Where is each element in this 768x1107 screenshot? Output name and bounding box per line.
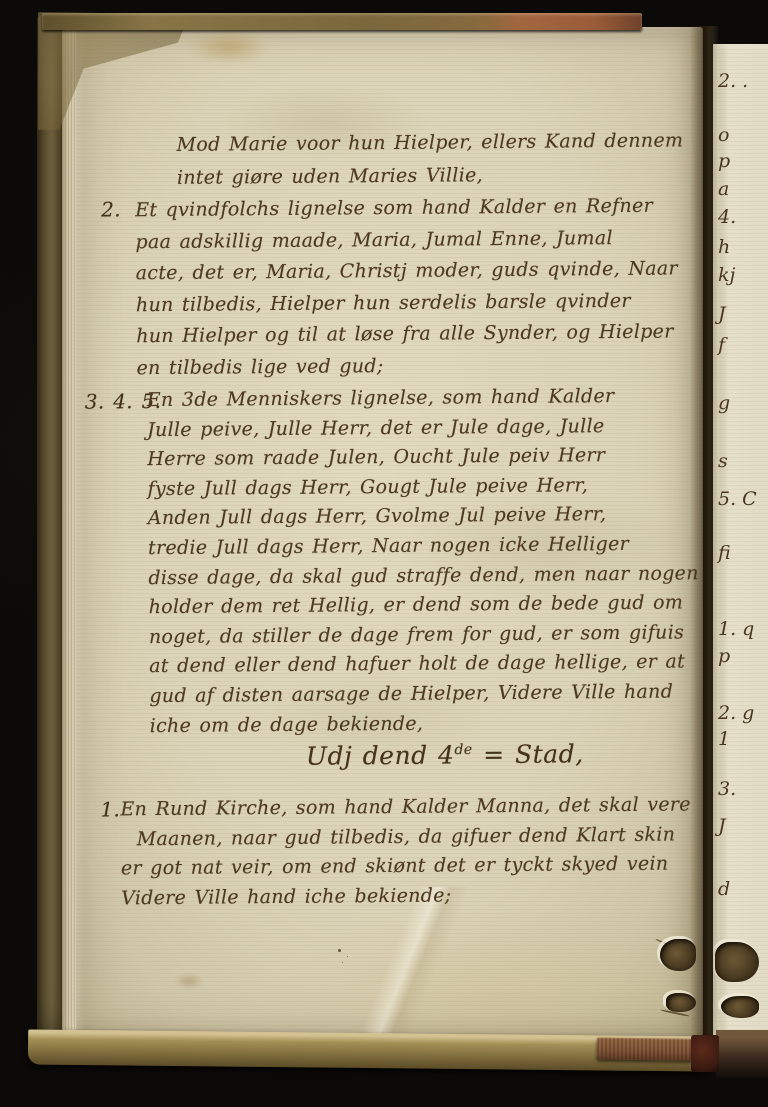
text-line: Julle peive, Julle Herr, det er Jule dag… <box>147 411 698 445</box>
text-line: Anden Jull dags Herr, Gvolme Jul peive H… <box>148 500 699 534</box>
text-fragment: 1. q <box>718 618 754 640</box>
chapter-heading: Udj dend 4de = Stad, <box>306 739 584 770</box>
text-fragment: J <box>718 303 726 325</box>
text-line: at dend eller dend hafuer holt de dage h… <box>149 648 700 682</box>
binding-hole <box>721 996 759 1018</box>
text-line: fyste Jull dags Herr, Gougt Jule peive H… <box>147 470 698 504</box>
text-fragment: o <box>718 124 729 146</box>
text-line: hun tilbedis, Hielper hun serdelis barsl… <box>136 285 678 321</box>
book-gutter <box>690 26 718 1040</box>
text-fragment: 4. <box>718 206 736 228</box>
section-3-4-5-paragraph: En 3de Menniskers lignelse, som hand Kal… <box>147 381 700 741</box>
book-cover-left-edge <box>37 16 64 1064</box>
text-fragment: kj <box>718 264 735 286</box>
heading-superscript: de <box>454 742 472 758</box>
heading-text: Udj dend 4 <box>306 740 455 770</box>
section-marker-1: 1. <box>100 797 120 821</box>
text-line: Mod Marie voor hun Hielper, ellers Kand … <box>176 124 683 161</box>
section-2-paragraph: Et qvindfolchs lignelse som hand Kalder … <box>135 190 679 384</box>
text-fragment: 2. . <box>718 70 748 92</box>
page-edge-stack <box>62 26 77 1038</box>
text-line: intet giøre uden Maries Villie, <box>177 157 684 194</box>
text-line: iche om de dage bekiende, <box>150 707 701 741</box>
text-line: tredie Jull dags Herr, Naar nogen icke H… <box>148 529 699 563</box>
text-fragment: a <box>718 178 729 200</box>
intro-paragraph: Mod Marie voor hun Hielper, ellers Kand … <box>176 124 683 194</box>
binding-hole <box>715 942 759 982</box>
text-fragment: 1 <box>718 728 730 750</box>
binding-ribbon <box>597 1037 693 1060</box>
text-fragment: p <box>718 150 730 172</box>
text-fragment: 3. <box>718 778 736 800</box>
text-line: noget, da stiller de dage frem for gud, … <box>149 618 700 652</box>
text-line: gud af disten aarsage de Hielper, Videre… <box>149 677 700 711</box>
text-line: Herre som raade Julen, Oucht Jule peiv H… <box>147 440 698 474</box>
text-line: Et qvindfolchs lignelse som hand Kalder … <box>135 190 677 226</box>
text-fragment: 2. g <box>718 702 754 724</box>
text-fragment: fi <box>718 542 731 564</box>
text-line: En Rund Kirche, som hand Kalder Manna, d… <box>120 790 691 824</box>
text-fragment: 5. C <box>718 488 757 510</box>
text-line: holder dem ret Hellig, er dend som de be… <box>149 588 700 622</box>
text-fragment: g <box>718 392 730 414</box>
manuscript-left-page: Mod Marie voor hun Hielper, ellers Kand … <box>76 27 703 1038</box>
text-line: hun Hielper og til at løse fra alle Synd… <box>136 316 678 352</box>
text-line: acte, det er, Maria, Christj moder, guds… <box>136 253 678 289</box>
handwritten-text: Mod Marie voor hun Hielper, ellers Kand … <box>76 27 703 1038</box>
heading-text: = Stad, <box>473 739 584 769</box>
manuscript-scan: Mod Marie voor hun Hielper, ellers Kand … <box>0 0 768 1107</box>
text-fragment: p <box>718 645 730 667</box>
binding-clasp <box>691 1035 719 1072</box>
next-page-sliver: 2. . o p a 4. h kj J f g s 5. C fi 1. q … <box>713 44 768 1038</box>
text-line: Videre Ville hand iche bekiende; <box>121 879 692 913</box>
text-fragment: h <box>718 236 730 258</box>
text-line: en tilbedis lige ved gud; <box>136 348 678 384</box>
text-line: paa adskillig maade, Maria, Jumal Enne, … <box>135 222 677 258</box>
section-1-paragraph: En Rund Kirche, som hand Kalder Manna, d… <box>120 790 691 913</box>
text-fragment: f <box>718 334 725 356</box>
cover-bottom-right-edge <box>716 1030 768 1078</box>
text-fragment: d <box>718 878 730 900</box>
section-marker-2: 2. <box>101 197 121 221</box>
text-line: disse dage, da skal gud straffe dend, me… <box>148 559 699 593</box>
text-line: er got nat veir, om end skiønt det er ty… <box>121 849 692 883</box>
text-fragment: s <box>718 450 728 472</box>
book-cover-top-edge <box>42 13 642 30</box>
text-line: En 3de Menniskers lignelse, som hand Kal… <box>147 381 698 415</box>
text-fragment: J <box>718 815 726 837</box>
